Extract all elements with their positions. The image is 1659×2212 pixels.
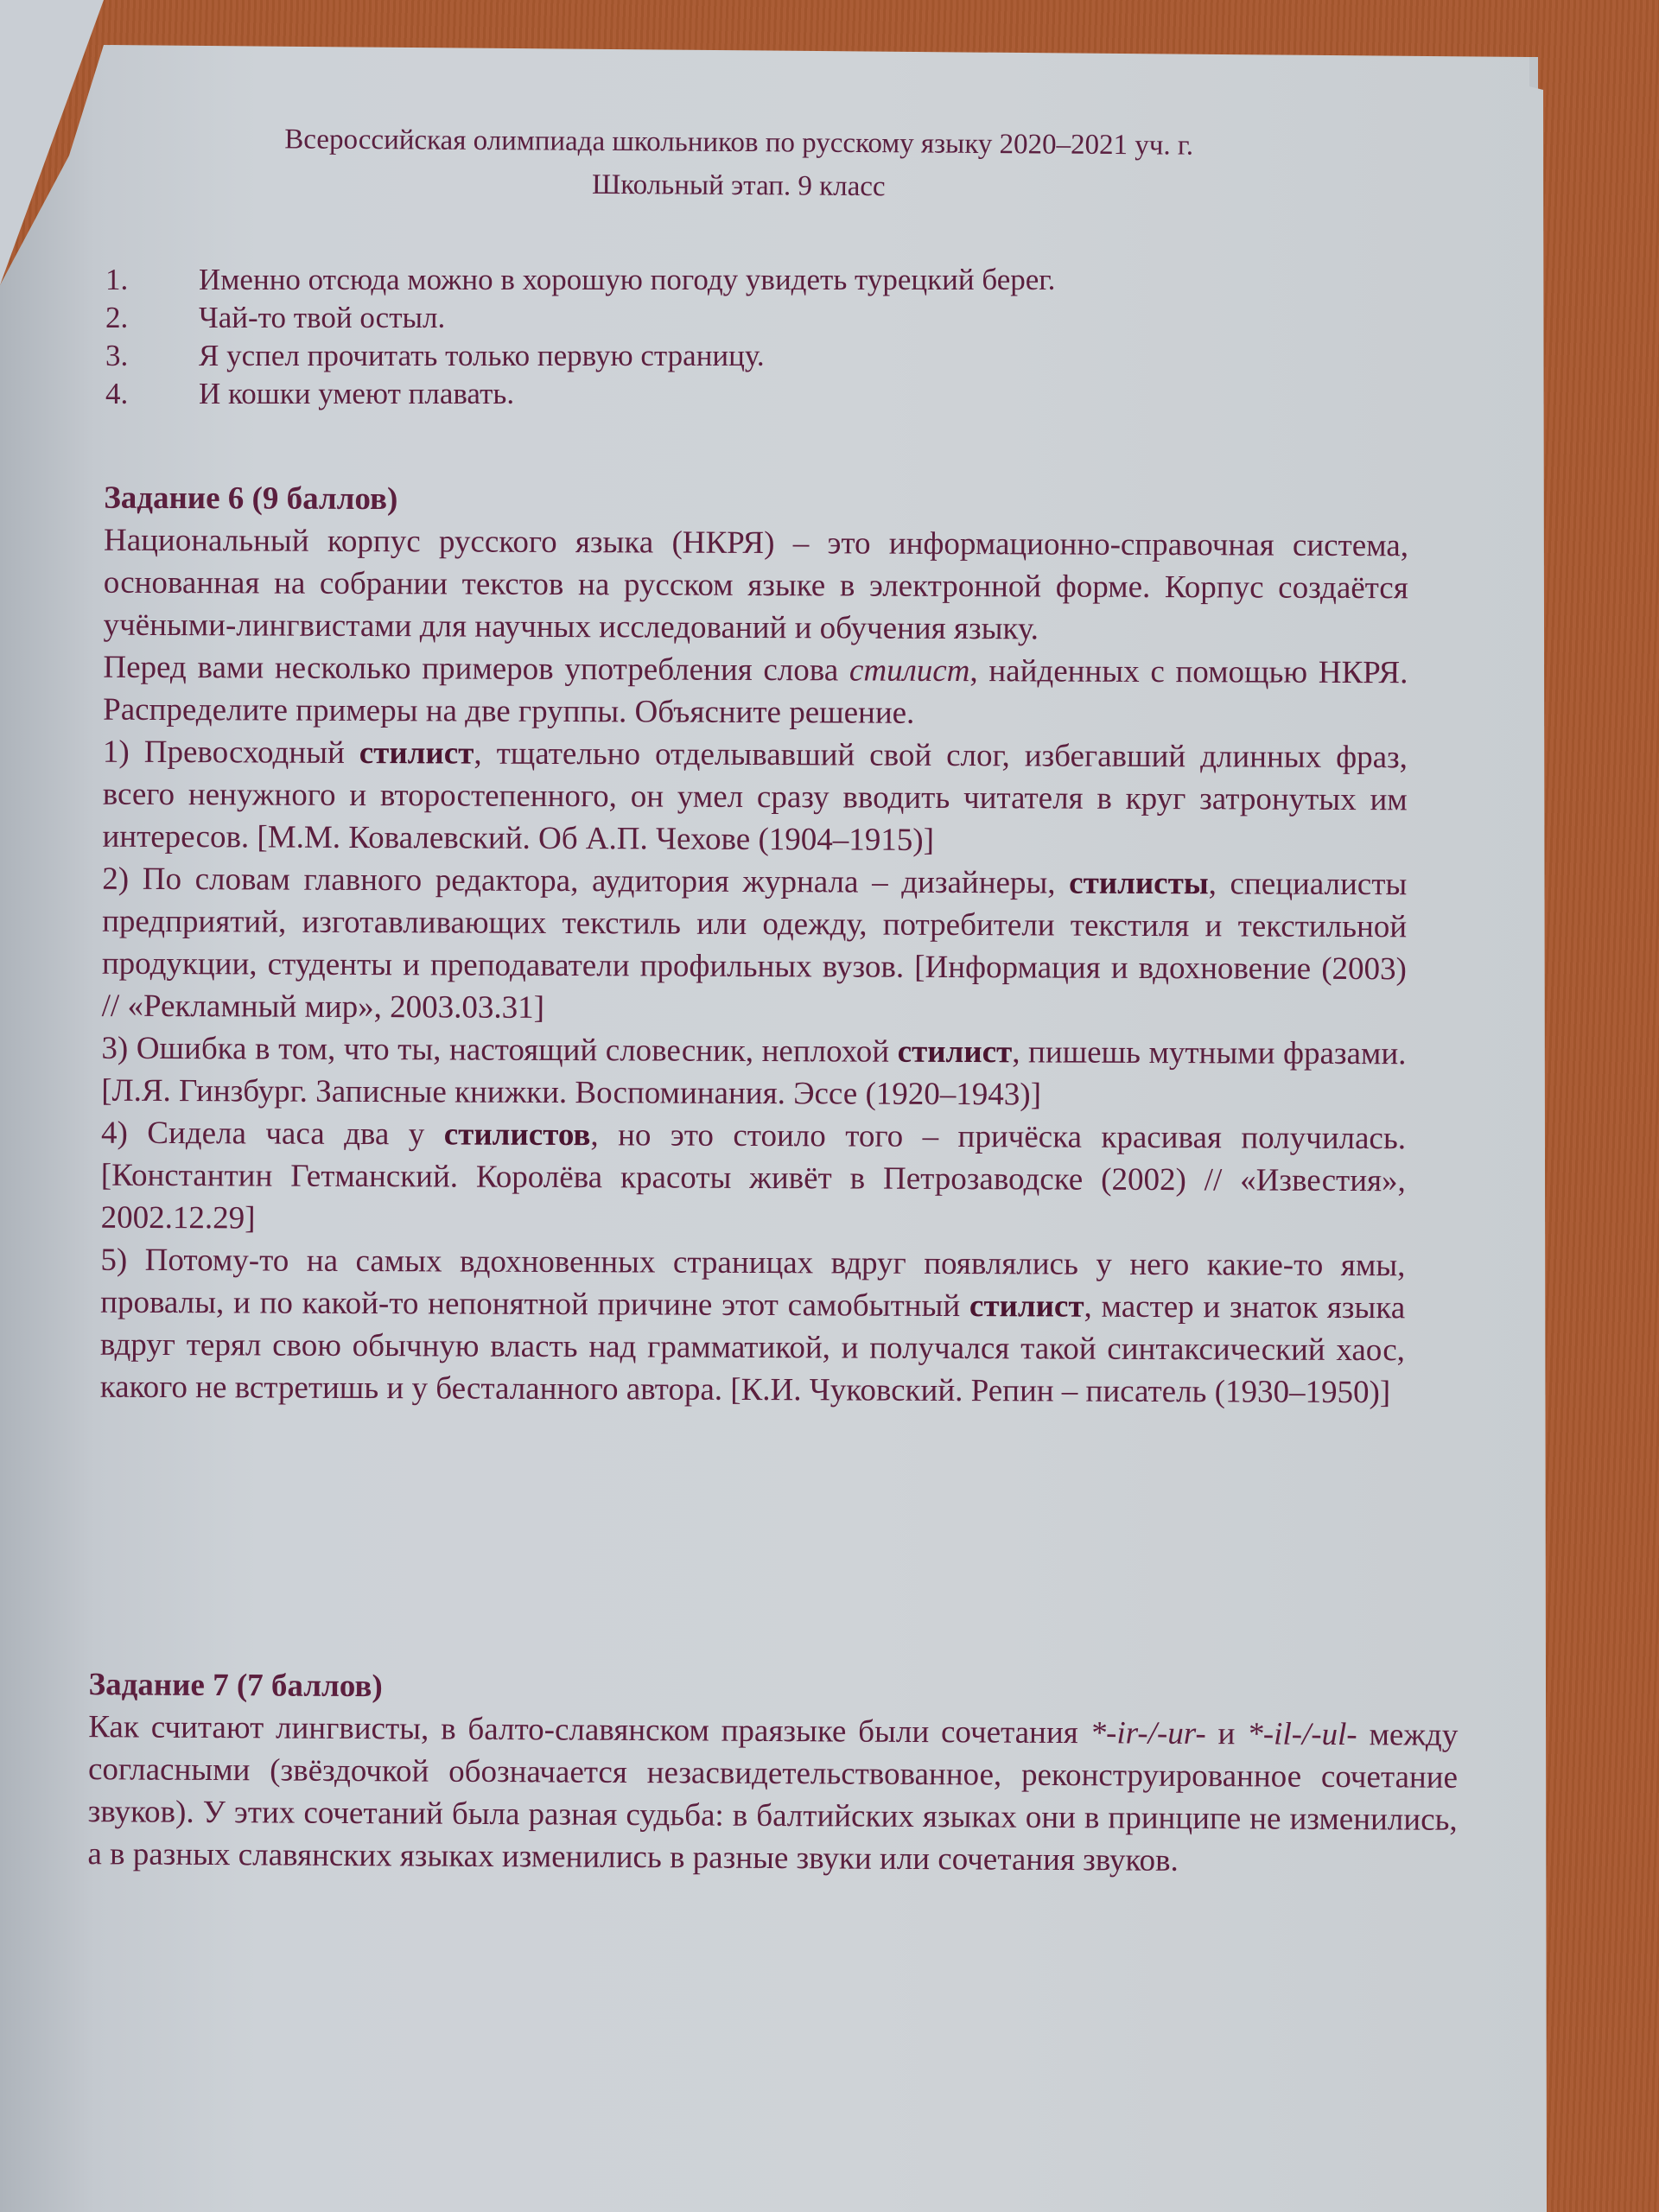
task-6-title: Задание 6 (9 баллов) — [104, 477, 1408, 525]
list-item: 4. И кошки умеют плавать. — [105, 375, 1055, 413]
list-item: 2. Чай-то твой остыл. — [105, 299, 1055, 337]
document-header: Всероссийская олимпиада школьников по ру… — [199, 118, 1280, 212]
task-6: Задание 6 (9 баллов) Национальный корпус… — [100, 477, 1409, 1414]
example-1: 1) Превосходный стилист, тщательно отдел… — [102, 731, 1408, 864]
example-3: 3) Ошибка в том, что ты, настоящий слове… — [101, 1027, 1406, 1118]
header-subtitle: Школьный этап. 9 класс — [199, 161, 1279, 212]
task-7-text: Как считают лингвисты, в балто-славянско… — [87, 1706, 1458, 1884]
example-5: 5) Потому-то на самых вдохновенных стран… — [100, 1239, 1406, 1414]
header-title: Всероссийская олимпиада школьников по ру… — [199, 118, 1279, 168]
example-2: 2) По словам главного редактора, аудитор… — [102, 858, 1408, 1033]
task-6-intro: Национальный корпус русского языка (НКРЯ… — [104, 519, 1409, 652]
sentence-list: 1. Именно отсюда можно в хорошую погоду … — [105, 261, 1055, 413]
task-6-instruction: Перед вами несколько примеров употреблен… — [103, 646, 1408, 737]
list-item: 1. Именно отсюда можно в хорошую погоду … — [105, 261, 1055, 299]
task-7: Задание 7 (7 баллов) Как считают лингвис… — [87, 1663, 1458, 1884]
list-item: 3. Я успел прочитать только первую стран… — [105, 337, 1055, 375]
example-4: 4) Сидела часа два у стилистов, но это с… — [101, 1112, 1407, 1245]
